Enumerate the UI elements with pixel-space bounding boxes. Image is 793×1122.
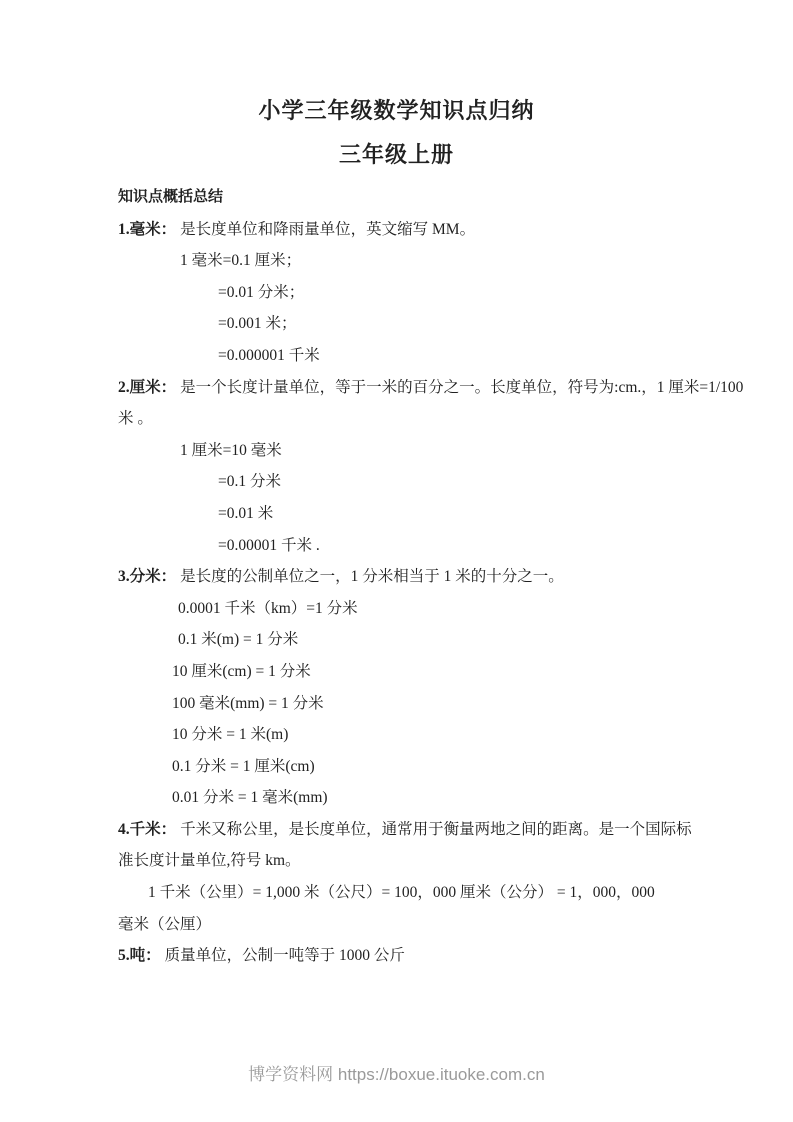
equation-continuation: 毫米（公厘） <box>118 909 675 941</box>
equation-line: =0.00001 千米 . <box>118 530 675 562</box>
equation-line: 100 毫米(mm) = 1 分米 <box>118 688 675 720</box>
doc-subtitle: 三年级上册 <box>118 140 675 170</box>
definition-continuation: 米 。 <box>118 403 675 435</box>
doc-title: 小学三年级数学知识点归纳 <box>118 96 675 126</box>
definition-millimeter: 1.毫米：是长度单位和降雨量单位，英文缩写 MM。 <box>118 214 675 246</box>
definition-ton: 5.吨：质量单位，公制一吨等于 1000 公斤 <box>118 940 675 972</box>
definition-text: 是长度的公制单位之一，1 分米相当于 1 米的十分之一。 <box>180 568 564 585</box>
definition-text: 千米又称公里，是长度单位，通常用于衡量两地之间的距离。是一个国际标 <box>180 821 692 838</box>
equation-line: 1 毫米=0.1 厘米； <box>118 245 675 277</box>
equation-line: 0.01 分米 = 1 毫米(mm) <box>118 782 675 814</box>
definition-centimeter: 2.厘米：是一个长度计量单位，等于一米的百分之一。长度单位，符号为:cm.，1 … <box>118 372 675 404</box>
term-kilometer: 4.千米： <box>118 821 176 838</box>
definition-decimeter: 3.分米：是长度的公制单位之一，1 分米相当于 1 米的十分之一。 <box>118 561 675 593</box>
document-page: 小学三年级数学知识点归纳 三年级上册 知识点概括总结 1.毫米：是长度单位和降雨… <box>0 0 793 1122</box>
definition-text: 是一个长度计量单位，等于一米的百分之一。长度单位，符号为:cm.，1 厘米=1/… <box>180 379 743 396</box>
footer-site-url: 博学资料网 https://boxue.ituoke.com.cn <box>248 1065 545 1084</box>
definition-text: 质量单位，公制一吨等于 1000 公斤 <box>165 947 405 964</box>
document-content: 小学三年级数学知识点归纳 三年级上册 知识点概括总结 1.毫米：是长度单位和降雨… <box>118 96 675 972</box>
equation-line: 0.0001 千米（km）=1 分米 <box>118 593 675 625</box>
equation-line: 10 分米 = 1 米(m) <box>118 719 675 751</box>
equation-line: 0.1 米(m) = 1 分米 <box>118 624 675 656</box>
definition-continuation: 准长度计量单位,符号 km。 <box>118 845 675 877</box>
section-heading: 知识点概括总结 <box>118 182 675 214</box>
definition-text: 是长度单位和降雨量单位，英文缩写 MM。 <box>180 221 475 238</box>
definition-kilometer: 4.千米：千米又称公里，是长度单位，通常用于衡量两地之间的距离。是一个国际标 <box>118 814 675 846</box>
equation-line: 1 厘米=10 毫米 <box>118 435 675 467</box>
equation-line: =0.000001 千米 <box>118 340 675 372</box>
term-millimeter: 1.毫米： <box>118 221 176 238</box>
footer-watermark: 博学资料网 https://boxue.ituoke.com.cn <box>0 1062 793 1088</box>
equation-line: =0.001 米； <box>118 308 675 340</box>
equation-line: =0.01 米 <box>118 498 675 530</box>
equation-line: =0.1 分米 <box>118 466 675 498</box>
term-centimeter: 2.厘米： <box>118 379 176 396</box>
equation-line: 1 千米（公里）= 1,000 米（公尺）= 100，000 厘米（公分） = … <box>118 877 675 909</box>
equation-line: 0.1 分米 = 1 厘米(cm) <box>118 751 675 783</box>
equation-line: 10 厘米(cm) = 1 分米 <box>118 656 675 688</box>
equation-line: =0.01 分米； <box>118 277 675 309</box>
term-decimeter: 3.分米： <box>118 568 176 585</box>
term-ton: 5.吨： <box>118 947 161 964</box>
